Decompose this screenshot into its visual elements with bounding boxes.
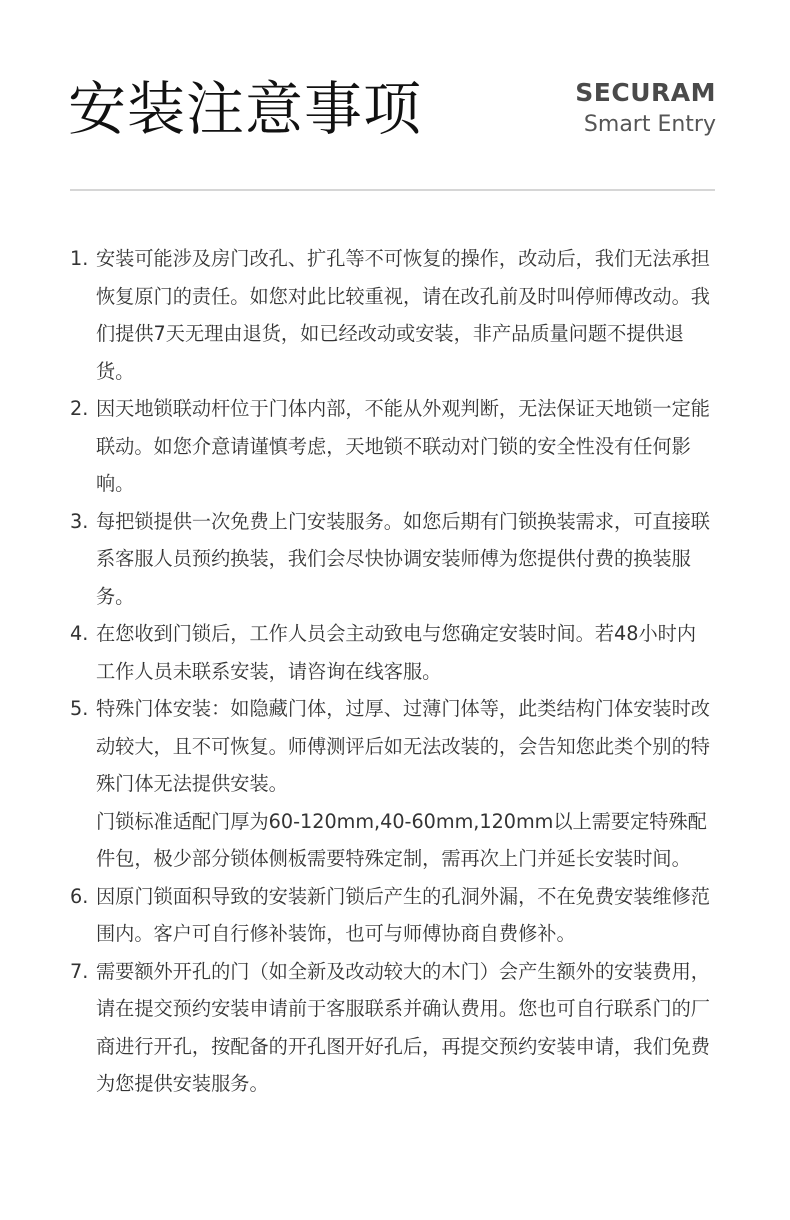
note-number: 7. [70,953,94,1103]
note-item-4: 4. 在您收到门锁后，工作人员会主动致电与您确定安装时间。若48小时内工作人员未… [70,615,710,690]
brand-name: SECURAM [575,78,716,108]
note-text: 在您收到门锁后，工作人员会主动致电与您确定安装时间。若48小时内工作人员未联系安… [96,615,710,690]
page-title: 安装注意事项 [68,74,422,144]
note-number: 1. [70,240,94,390]
header-divider [70,189,715,191]
note-number: 6. [70,878,94,953]
note-item-5: 5. 特殊门体安装：如隐藏门体，过厚、过薄门体等，此类结构门体安装时改动较大，且… [70,690,710,878]
note-number: 4. [70,615,94,690]
note-item-2: 2. 因天地锁联动杆位于门体内部，不能从外观判断，无法保证天地锁一定能联动。如您… [70,390,710,503]
note-text: 因天地锁联动杆位于门体内部，不能从外观判断，无法保证天地锁一定能联动。如您介意请… [96,390,710,503]
note-text: 安装可能涉及房门改孔、扩孔等不可恢复的操作，改动后，我们无法承担恢复原门的责任。… [96,240,710,390]
note-text: 特殊门体安装：如隐藏门体，过厚、过薄门体等，此类结构门体安装时改动较大，且不可恢… [96,690,710,803]
page-header: 安装注意事项 SECURAM Smart Entry [68,70,716,150]
note-text: 每把锁提供一次免费上门安装服务。如您后期有门锁换装需求，可直接联系客服人员预约换… [96,503,710,616]
note-item-3: 3. 每把锁提供一次免费上门安装服务。如您后期有门锁换装需求，可直接联系客服人员… [70,503,710,616]
note-number: 5. [70,690,94,878]
note-item-7: 7. 需要额外开孔的门（如全新及改动较大的木门）会产生额外的安装费用，请在提交预… [70,953,710,1103]
brand-tagline: Smart Entry [575,110,716,140]
note-item-1: 1. 安装可能涉及房门改孔、扩孔等不可恢复的操作，改动后，我们无法承担恢复原门的… [70,240,710,390]
note-number: 2. [70,390,94,503]
note-text: 需要额外开孔的门（如全新及改动较大的木门）会产生额外的安装费用，请在提交预约安装… [96,953,710,1103]
installation-notes-list: 1. 安装可能涉及房门改孔、扩孔等不可恢复的操作，改动后，我们无法承担恢复原门的… [70,240,710,1103]
brand-logo: SECURAM Smart Entry [575,78,716,140]
note-number: 3. [70,503,94,616]
note-text: 因原门锁面积导致的安装新门锁后产生的孔洞外漏，不在免费安装维修范围内。客户可自行… [96,878,710,953]
note-item-6: 6. 因原门锁面积导致的安装新门锁后产生的孔洞外漏，不在免费安装维修范围内。客户… [70,878,710,953]
note-extra-text: 门锁标准适配门厚为60-120mm,40-60mm,120mm以上需要定特殊配件… [96,803,710,878]
